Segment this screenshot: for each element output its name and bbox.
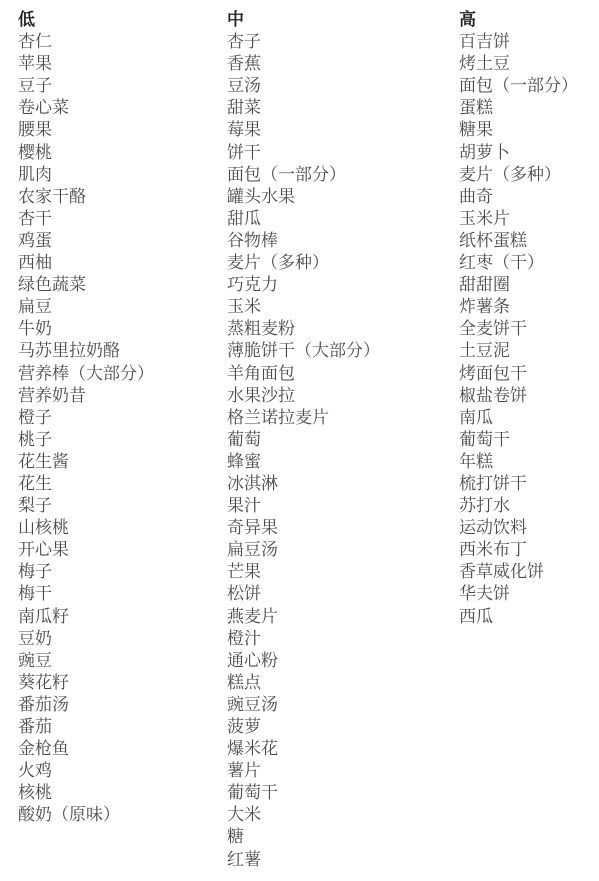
- list-item: 梅子: [18, 561, 154, 583]
- list-item: 年糕: [459, 451, 578, 473]
- list-item: 金枪鱼: [18, 738, 154, 760]
- list-item: 玉米: [227, 296, 380, 318]
- list-item: 牛奶: [18, 318, 154, 340]
- list-item: 冰淇淋: [227, 473, 380, 495]
- list-item: 苏打水: [459, 495, 578, 517]
- column-header-high: 高: [459, 9, 578, 31]
- list-item: 梅干: [18, 583, 154, 605]
- list-item: 芒果: [227, 561, 380, 583]
- list-item: 卷心菜: [18, 97, 154, 119]
- list-item: 椒盐卷饼: [459, 385, 578, 407]
- list-item: 西瓜: [459, 606, 578, 628]
- list-item: 红薯: [227, 849, 380, 871]
- list-item: 巧克力: [227, 274, 380, 296]
- list-item: 甜菜: [227, 97, 380, 119]
- list-item: 土豆泥: [459, 340, 578, 362]
- list-item: 甜甜圈: [459, 274, 578, 296]
- list-item: 肌肉: [18, 164, 154, 186]
- list-item: 橙子: [18, 407, 154, 429]
- list-item: 糕点: [227, 672, 380, 694]
- list-item: 桃子: [18, 429, 154, 451]
- list-item: 蒸粗麦粉: [227, 318, 380, 340]
- list-item: 扁豆汤: [227, 539, 380, 561]
- list-item: 麦片（多种）: [459, 164, 578, 186]
- list-item: 烤土豆: [459, 53, 578, 75]
- column-low-items: 杏仁苹果豆子卷心菜腰果樱桃肌肉农家干酪杏干鸡蛋西柚绿色蔬菜扁豆牛奶马苏里拉奶酪营…: [18, 31, 154, 826]
- column-medium: 中 杏子香蕉豆汤甜菜莓果饼干面包（一部分）罐头水果甜瓜谷物棒麦片（多种）巧克力玉…: [227, 9, 380, 871]
- list-item: 开心果: [18, 539, 154, 561]
- column-medium-items: 杏子香蕉豆汤甜菜莓果饼干面包（一部分）罐头水果甜瓜谷物棒麦片（多种）巧克力玉米蒸…: [227, 31, 380, 871]
- list-item: 葡萄干: [227, 782, 380, 804]
- list-item: 燕麦片: [227, 606, 380, 628]
- list-item: 豆汤: [227, 75, 380, 97]
- list-item: 百吉饼: [459, 31, 578, 53]
- list-item: 华夫饼: [459, 583, 578, 605]
- list-item: 曲奇: [459, 186, 578, 208]
- list-item: 菠萝: [227, 716, 380, 738]
- list-item: 南瓜籽: [18, 606, 154, 628]
- column-high-items: 百吉饼烤土豆面包（一部分）蛋糕糖果胡萝卜麦片（多种）曲奇玉米片纸杯蛋糕红枣（干）…: [459, 31, 578, 628]
- list-item: 奇异果: [227, 517, 380, 539]
- list-item: 糖: [227, 826, 380, 848]
- list-item: 杏子: [227, 31, 380, 53]
- list-item: 山核桃: [18, 517, 154, 539]
- list-item: 果汁: [227, 495, 380, 517]
- list-item: 大米: [227, 804, 380, 826]
- list-item: 梨子: [18, 495, 154, 517]
- list-item: 豆奶: [18, 628, 154, 650]
- list-item: 胡萝卜: [459, 142, 578, 164]
- list-item: 水果沙拉: [227, 385, 380, 407]
- column-low: 低 杏仁苹果豆子卷心菜腰果樱桃肌肉农家干酪杏干鸡蛋西柚绿色蔬菜扁豆牛奶马苏里拉奶…: [18, 9, 154, 826]
- list-item: 松饼: [227, 583, 380, 605]
- list-item: 绿色蔬菜: [18, 274, 154, 296]
- list-item: 豌豆: [18, 650, 154, 672]
- list-item: 营养奶昔: [18, 385, 154, 407]
- list-item: 橙汁: [227, 628, 380, 650]
- list-item: 梳打饼干: [459, 473, 578, 495]
- list-item: 豆子: [18, 75, 154, 97]
- list-item: 谷物棒: [227, 230, 380, 252]
- list-item: 番茄汤: [18, 694, 154, 716]
- list-item: 羊角面包: [227, 363, 380, 385]
- list-item: 罐头水果: [227, 186, 380, 208]
- list-item: 西柚: [18, 252, 154, 274]
- list-item: 糖果: [459, 119, 578, 141]
- list-item: 玉米片: [459, 208, 578, 230]
- list-item: 运动饮料: [459, 517, 578, 539]
- list-item: 酸奶（原味）: [18, 804, 154, 826]
- list-item: 腰果: [18, 119, 154, 141]
- list-item: 杏仁: [18, 31, 154, 53]
- list-item: 西米布丁: [459, 539, 578, 561]
- list-item: 薄脆饼干（大部分）: [227, 340, 380, 362]
- list-item: 纸杯蛋糕: [459, 230, 578, 252]
- list-item: 面包（一部分）: [227, 164, 380, 186]
- list-item: 杏干: [18, 208, 154, 230]
- list-item: 花生酱: [18, 451, 154, 473]
- list-item: 番茄: [18, 716, 154, 738]
- list-item: 樱桃: [18, 142, 154, 164]
- list-item: 全麦饼干: [459, 318, 578, 340]
- list-item: 面包（一部分）: [459, 75, 578, 97]
- list-item: 爆米花: [227, 738, 380, 760]
- list-item: 扁豆: [18, 296, 154, 318]
- list-item: 甜瓜: [227, 208, 380, 230]
- list-item: 香蕉: [227, 53, 380, 75]
- list-item: 蛋糕: [459, 97, 578, 119]
- list-item: 农家干酪: [18, 186, 154, 208]
- list-item: 葡萄: [227, 429, 380, 451]
- list-item: 葵花籽: [18, 672, 154, 694]
- list-item: 马苏里拉奶酪: [18, 340, 154, 362]
- list-item: 鸡蛋: [18, 230, 154, 252]
- list-item: 格兰诺拉麦片: [227, 407, 380, 429]
- list-item: 薯片: [227, 760, 380, 782]
- list-item: 通心粉: [227, 650, 380, 672]
- list-item: 饼干: [227, 142, 380, 164]
- list-item: 麦片（多种）: [227, 252, 380, 274]
- list-item: 烤面包干: [459, 363, 578, 385]
- column-header-low: 低: [18, 9, 154, 31]
- list-item: 花生: [18, 473, 154, 495]
- list-item: 蜂蜜: [227, 451, 380, 473]
- list-item: 火鸡: [18, 760, 154, 782]
- list-item: 南瓜: [459, 407, 578, 429]
- column-high: 高 百吉饼烤土豆面包（一部分）蛋糕糖果胡萝卜麦片（多种）曲奇玉米片纸杯蛋糕红枣（…: [459, 9, 578, 628]
- food-list-page: 低 杏仁苹果豆子卷心菜腰果樱桃肌肉农家干酪杏干鸡蛋西柚绿色蔬菜扁豆牛奶马苏里拉奶…: [0, 0, 599, 881]
- list-item: 苹果: [18, 53, 154, 75]
- list-item: 营养棒（大部分）: [18, 363, 154, 385]
- list-item: 莓果: [227, 119, 380, 141]
- column-header-medium: 中: [227, 9, 380, 31]
- list-item: 红枣（干）: [459, 252, 578, 274]
- list-item: 炸薯条: [459, 296, 578, 318]
- list-item: 核桃: [18, 782, 154, 804]
- list-item: 香草威化饼: [459, 561, 578, 583]
- list-item: 豌豆汤: [227, 694, 380, 716]
- list-item: 葡萄干: [459, 429, 578, 451]
